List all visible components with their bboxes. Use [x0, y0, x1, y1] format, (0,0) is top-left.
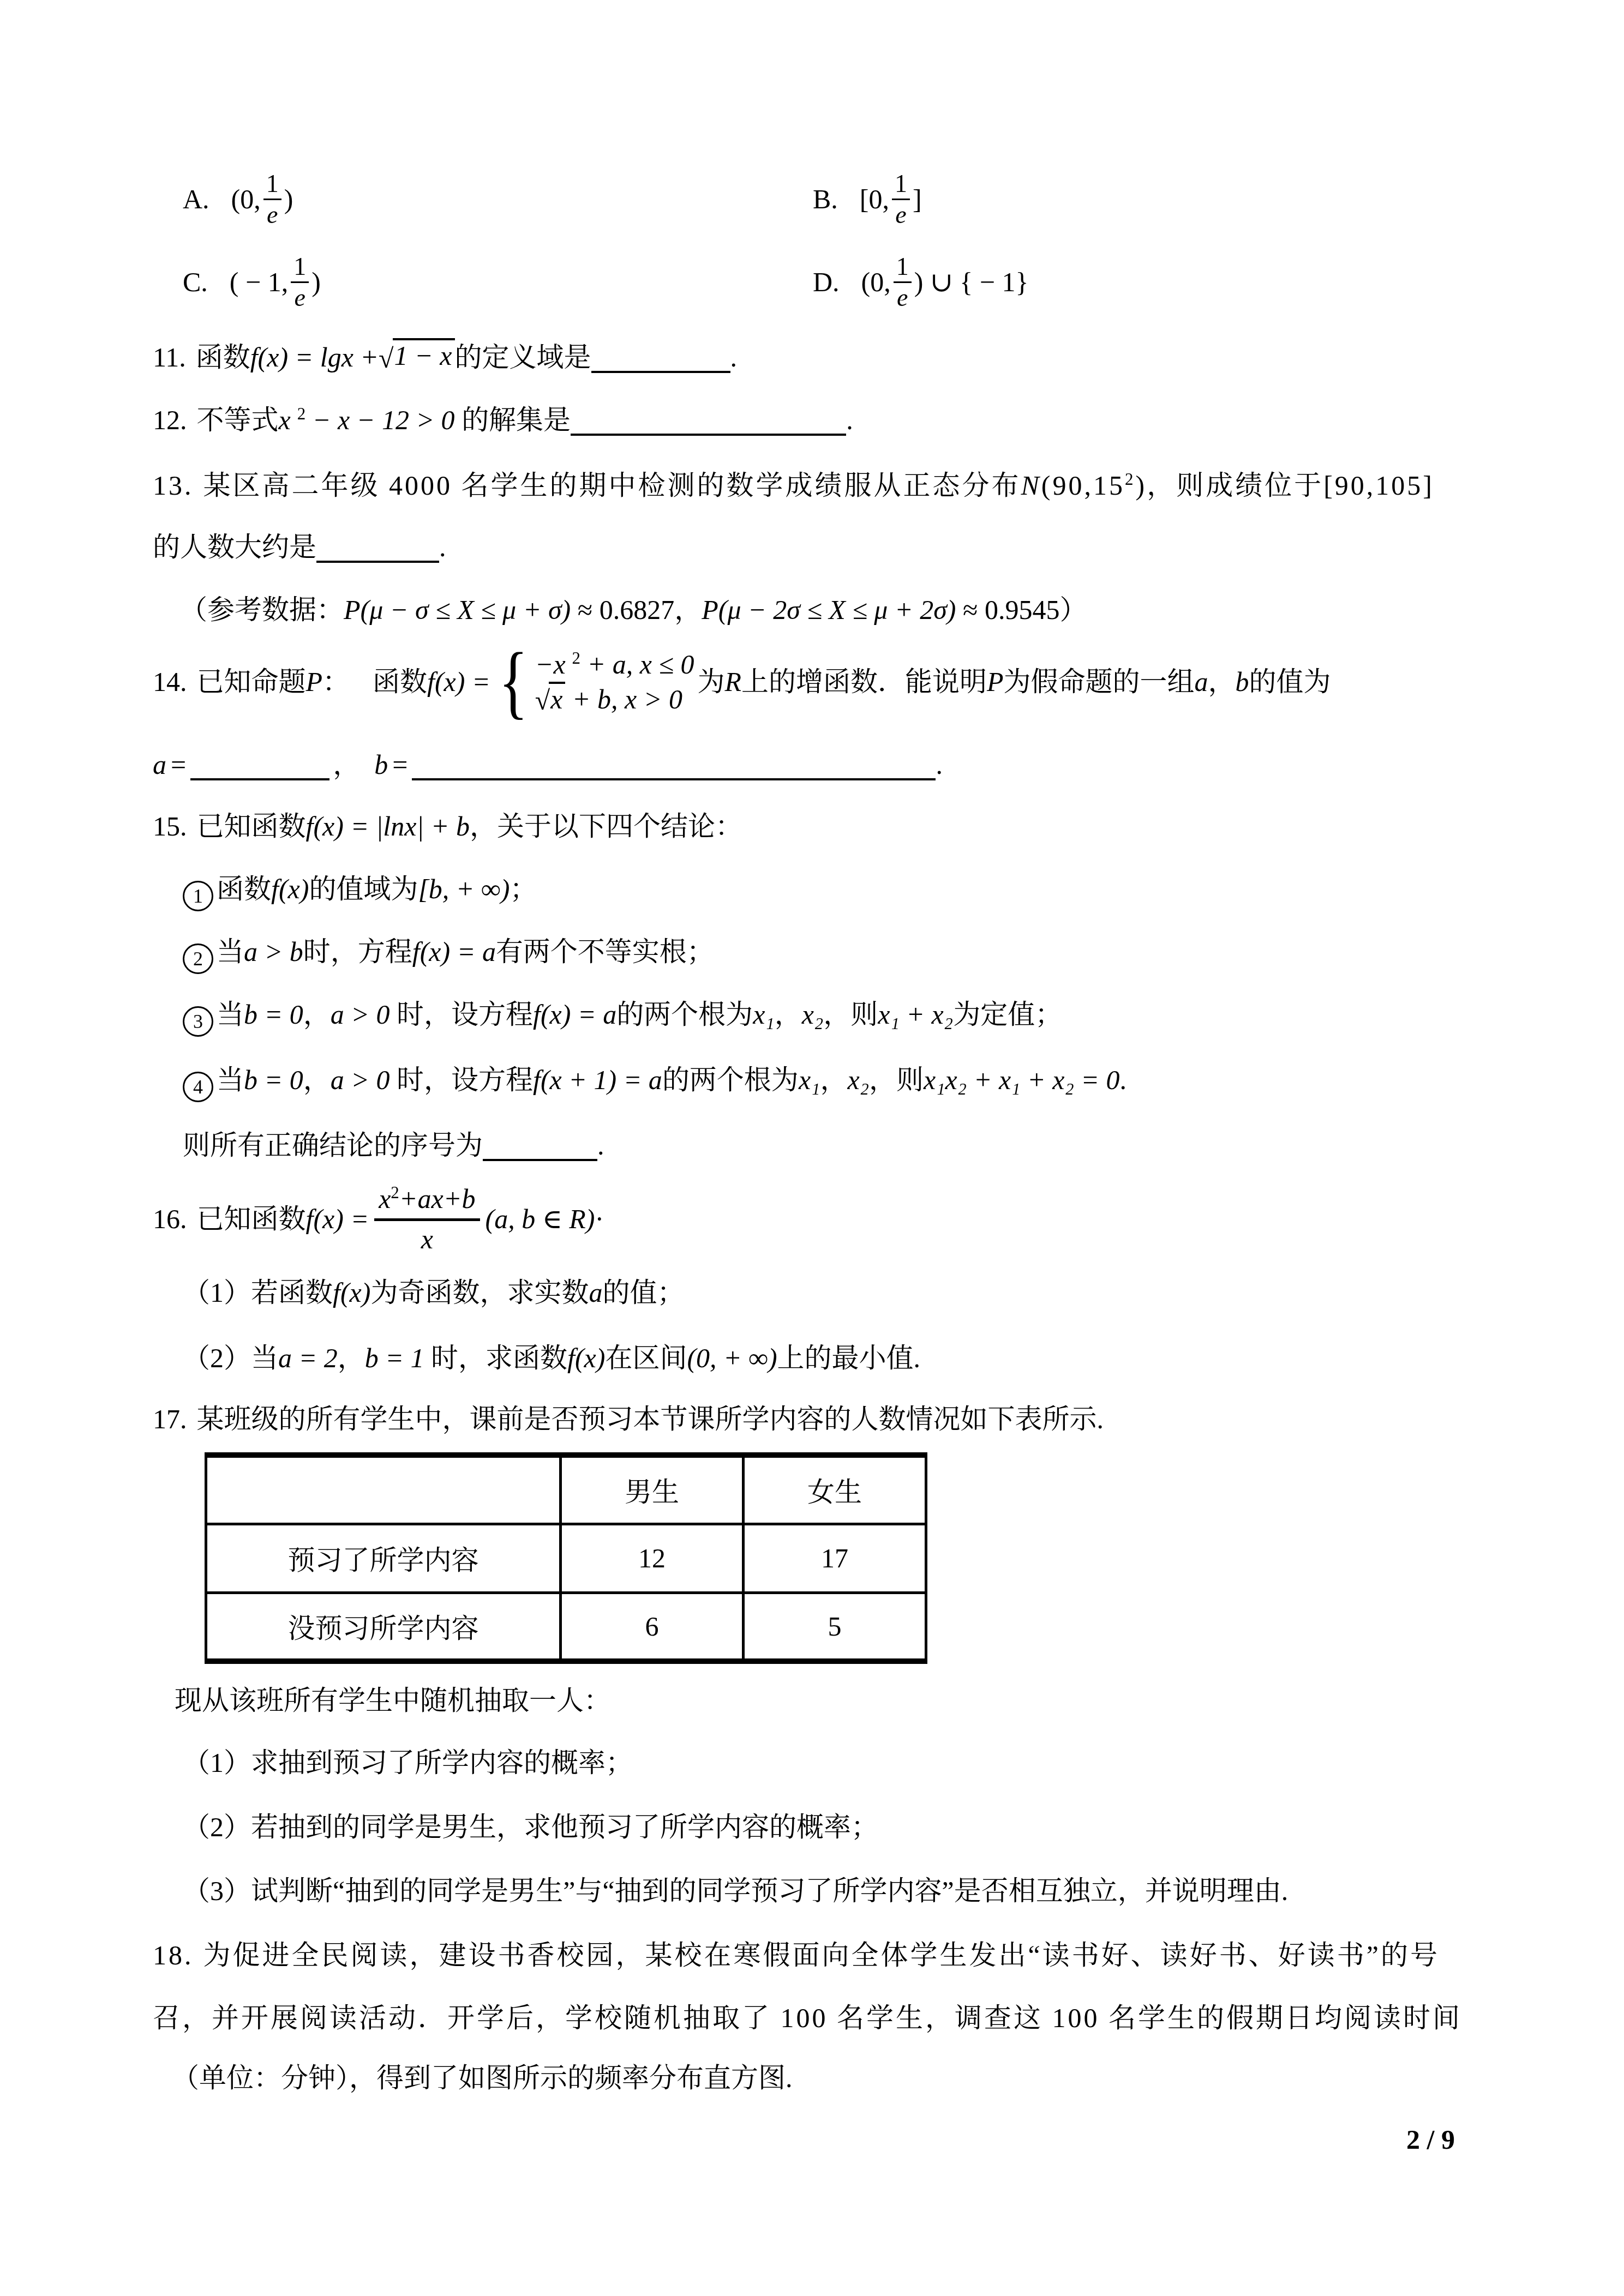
- math-segment: ): [284, 180, 293, 218]
- question-16-part-1: （1）若函数f(x)为奇函数，求实数a的值；: [183, 1273, 684, 1312]
- text-segment: 为定值；: [953, 999, 1062, 1030]
- math-segment: + a, x ≤ 0: [580, 649, 694, 680]
- math-segment: f(x) =: [306, 1200, 369, 1238]
- math-segment: (a, b ∈ R): [486, 1200, 595, 1238]
- table-header-row: 男生 女生: [206, 1455, 926, 1524]
- text-segment: ·: [595, 1200, 604, 1238]
- text-segment: 召，并开展阅读活动．开学后，学校随机抽取了 100 名学生，调查这 100 名学…: [153, 2003, 1462, 2033]
- superscript: 2: [297, 404, 306, 423]
- question-17-part-3: （3）试判断“抽到的同学是男生”与“抽到的同学预习了所学内容”是否相互独立，并说…: [183, 1872, 1288, 1910]
- text-segment: 函数: [217, 874, 271, 904]
- radicand: x: [549, 682, 565, 714]
- math-segment: (90,15: [1041, 470, 1125, 501]
- table-row: 没预习所学内容 6 5: [206, 1592, 926, 1661]
- question-11: 11.函数f(x) = lgx +√1 − x的定义域是.: [153, 338, 737, 376]
- question-number: 14.: [153, 663, 187, 701]
- text-segment: （单位：分钟），得到了如图所示的频率分布直方图.: [172, 2063, 793, 2093]
- option-b: B.[0,1e]: [813, 153, 922, 245]
- option-label: B.: [813, 180, 838, 218]
- page-number: 2 / 9: [1406, 2120, 1455, 2159]
- math-segment: ( − 1,: [230, 263, 288, 301]
- table-header-cell: 女生: [744, 1455, 926, 1524]
- text-segment: 上的最小值.: [777, 1343, 921, 1373]
- text-segment: ，: [303, 999, 331, 1030]
- math-segment: − x − 12 > 0: [305, 405, 454, 435]
- fraction-numerator: 1: [892, 171, 910, 200]
- question-17-part-2: （2）若抽到的同学是男生，求他预习了所学内容的概率；: [183, 1808, 878, 1846]
- text-segment: ，: [333, 749, 360, 780]
- math-segment: f(x) = lgx +: [250, 342, 379, 372]
- question-18-line-2: 召，并开展阅读活动．开学后，学校随机抽取了 100 名学生，调查这 100 名学…: [153, 1999, 1462, 2037]
- text-segment: .: [846, 405, 853, 435]
- cases-brace: {: [499, 641, 528, 723]
- math-segment: x: [379, 1183, 391, 1214]
- text-segment: 为: [697, 663, 724, 701]
- math-segment: ): [1136, 470, 1147, 501]
- text-segment: .: [439, 532, 446, 562]
- text-segment: ，则: [869, 1065, 924, 1095]
- option-label: A.: [183, 180, 209, 218]
- cases-rows: −x2 + a, x ≤ 0√x + b, x > 0: [535, 647, 694, 717]
- text-segment: 为促进全民阅读，建设书香校园，某校在寒假面向全体学生发出“读书好、读好书、好读书…: [203, 1940, 1440, 1970]
- question-14: 14.已知命题P：函数f(x) ={−x2 + a, x ≤ 0√x + b, …: [153, 616, 1331, 747]
- question-15-conclusion-4: 4当b = 0，a > 0 时，设方程f(x + 1) = a的两个根为x₁，x…: [183, 1061, 1126, 1102]
- radical-sign: √: [379, 339, 393, 377]
- text-segment: 的值为: [1249, 663, 1331, 701]
- question-12: 12.不等式x2 − x − 12 > 0 的解集是.: [153, 401, 853, 439]
- question-number: 12.: [153, 405, 187, 435]
- fraction: 1e: [263, 171, 281, 228]
- text-segment: 的值；: [602, 1277, 684, 1308]
- question-13-line-2: 的人数大约是.: [153, 528, 446, 566]
- math-segment: [b, + ∞): [418, 874, 510, 904]
- text-segment: 的两个根为: [616, 999, 753, 1030]
- option-label: D.: [813, 263, 840, 301]
- fraction: 1e: [894, 254, 912, 311]
- math-segment: =: [171, 749, 186, 780]
- math-segment: N: [1021, 470, 1041, 501]
- math-segment: P: [987, 663, 1004, 701]
- question-17-part-1: （1）求抽到预习了所学内容的概率；: [183, 1744, 633, 1782]
- text-segment: 为奇函数，求实数: [370, 1277, 589, 1308]
- math-segment: f(x + 1) = a: [533, 1065, 662, 1095]
- math-segment: b = 0: [244, 1065, 303, 1095]
- text-segment: .: [1120, 1065, 1127, 1095]
- math-segment: R: [724, 663, 741, 701]
- math-segment: a = 2: [278, 1343, 338, 1373]
- math-segment: f(x): [567, 1343, 605, 1373]
- question-15: 15.已知函数f(x) = |lnx| + b，关于以下四个结论：: [153, 807, 742, 845]
- piecewise-cases: {−x2 + a, x ≤ 0√x + b, x > 0: [494, 641, 694, 723]
- math-segment: a > b: [244, 936, 303, 967]
- answer-blank: [316, 555, 439, 563]
- answer-blank: [571, 428, 846, 436]
- question-18-line-3: （单位：分钟），得到了如图所示的频率分布直方图.: [172, 2059, 793, 2097]
- text-segment: 当: [217, 999, 244, 1030]
- text-segment: （1）若函数: [183, 1277, 333, 1308]
- math-segment: f(x): [271, 874, 309, 904]
- fraction-numerator: 1: [263, 171, 281, 200]
- math-segment: x₁: [799, 1065, 820, 1095]
- text-segment: 则所有正确结论的序号为: [183, 1130, 483, 1161]
- table-cell: 没预习所学内容: [206, 1592, 561, 1661]
- text-segment: 时，求函数: [424, 1343, 568, 1373]
- math-segment: =: [392, 749, 408, 780]
- radical-sign: √: [535, 683, 550, 718]
- math-segment: (0,: [861, 263, 891, 301]
- fraction-numerator: 1: [291, 254, 309, 283]
- question-15-conclusion-1: 1函数f(x)的值域为[b, + ∞)；: [183, 870, 537, 911]
- text-segment: 已知函数: [197, 1200, 306, 1238]
- option-a: A.(0,1e): [183, 153, 293, 245]
- text-segment: 在区间: [605, 1343, 687, 1373]
- fraction-denominator: e: [897, 283, 908, 311]
- text-segment: ，: [303, 1065, 331, 1095]
- math-segment: (0, + ∞): [687, 1343, 777, 1373]
- math-segment: ): [311, 263, 321, 301]
- text-segment: 函数: [196, 342, 250, 372]
- circled-number: 4: [183, 1072, 213, 1102]
- text-segment: ：: [322, 663, 350, 701]
- math-segment: ) ∪ { − 1}: [914, 263, 1029, 301]
- table-header-cell: 男生: [561, 1455, 744, 1524]
- fraction: 1e: [291, 254, 309, 311]
- table-row: 预习了所学内容 12 17: [206, 1524, 926, 1592]
- question-number: 11.: [153, 342, 186, 372]
- math-segment: x₁: [753, 999, 775, 1030]
- math-segment: f(x) = a: [533, 999, 616, 1030]
- text-segment: 时，设方程: [390, 999, 534, 1030]
- question-number: 17.: [153, 1404, 187, 1434]
- text-segment: ，则: [823, 999, 878, 1030]
- question-13-line-1: 13.某区高二年级 4000 名学生的期中检测的数学成绩服从正态分布N(90,1…: [153, 466, 1434, 504]
- table-header-cell: [206, 1455, 561, 1524]
- fraction-denominator: e: [295, 283, 305, 311]
- text-segment: 为假命题的一组: [1004, 663, 1195, 701]
- math-segment: ]: [913, 180, 922, 218]
- table-cell: 17: [744, 1524, 926, 1592]
- math-segment: x: [279, 405, 291, 435]
- exam-page: A.(0,1e) B.[0,1e] C.( − 1,1e) D.(0,1e) ∪…: [0, 0, 1624, 2296]
- math-segment: a: [1195, 663, 1208, 701]
- question-number: 13.: [153, 470, 194, 501]
- radicand: 1 − x: [393, 338, 455, 371]
- text-segment: ，: [1208, 663, 1236, 701]
- math-segment: a: [589, 1277, 602, 1308]
- math-segment: a: [153, 749, 166, 780]
- sqrt: √1 − x: [379, 338, 454, 376]
- text-segment: 的定义域是: [455, 342, 591, 372]
- text-segment: .: [597, 1130, 604, 1161]
- math-segment: P: [306, 663, 323, 701]
- circled-number: 2: [183, 943, 213, 974]
- text-segment: 的人数大约是: [153, 532, 316, 562]
- fraction: 1e: [892, 171, 910, 228]
- text-segment: （1）求抽到预习了所学内容的概率；: [183, 1747, 633, 1778]
- text-segment: 不等式: [197, 405, 279, 435]
- question-17: 17.某班级的所有学生中，课前是否预习本节课所学内容的人数情况如下表所示.: [153, 1400, 1104, 1438]
- text-segment: 的解集是: [455, 405, 571, 435]
- math-segment: a > 0: [331, 1065, 390, 1095]
- math-segment: x₁ + x₂: [878, 999, 953, 1030]
- question-18-line-1: 18.为促进全民阅读，建设书香校园，某校在寒假面向全体学生发出“读书好、读好书、…: [153, 1936, 1440, 1974]
- text-segment: .: [936, 749, 943, 780]
- question-15-conclusion-2: 2当a > b时，方程f(x) = a有两个不等实根；: [183, 933, 714, 974]
- text-segment: ，: [338, 1343, 365, 1373]
- math-segment: b = 0: [244, 999, 303, 1030]
- question-14-answer-line: a=，b=.: [153, 746, 943, 784]
- math-segment: [0,: [860, 180, 889, 218]
- fraction-numerator: x2+ax+b: [374, 1183, 480, 1221]
- math-segment: b: [1236, 663, 1249, 701]
- text-segment: 现从该班所有学生中随机抽取一人：: [175, 1685, 611, 1716]
- math-segment: (0,: [231, 180, 261, 218]
- text-segment: .: [730, 342, 738, 372]
- math-segment: f(x) =: [427, 663, 490, 701]
- math-segment: +ax+b: [399, 1183, 476, 1214]
- text-segment: （2）若抽到的同学是男生，求他预习了所学内容的概率；: [183, 1812, 878, 1842]
- math-segment: a > 0: [331, 999, 390, 1030]
- text-segment: 已知函数: [197, 811, 306, 842]
- text-segment: 当: [217, 936, 244, 967]
- answer-blank: [190, 773, 329, 780]
- text-segment: （3）试判断“抽到的同学是男生”与“抽到的同学预习了所学内容”是否相互独立，并说…: [183, 1876, 1288, 1906]
- math-segment: −x: [535, 649, 566, 680]
- circled-number: 1: [183, 881, 213, 911]
- case-row: √x + b, x > 0: [535, 682, 694, 717]
- math-segment: x₁x₂ + x₁ + x₂ = 0: [924, 1065, 1120, 1095]
- text-segment: 已知命题: [197, 663, 306, 701]
- circled-number: 3: [183, 1006, 213, 1037]
- math-segment: x₂: [847, 1065, 869, 1095]
- option-c: C.( − 1,1e): [183, 236, 321, 328]
- option-label: C.: [183, 263, 208, 301]
- math-segment: x₂: [802, 999, 824, 1030]
- question-16-part-2: （2）当a = 2，b = 1 时，求函数f(x)在区间(0, + ∞)上的最小…: [183, 1339, 920, 1377]
- fraction-denominator: e: [267, 200, 278, 228]
- math-segment: f(x): [333, 1277, 370, 1308]
- table-cell: 5: [744, 1592, 926, 1661]
- question-17-table: 男生 女生 预习了所学内容 12 17 没预习所学内容 6 5: [205, 1452, 927, 1664]
- text-segment: ，: [775, 999, 802, 1030]
- text-segment: 有两个不等实根；: [496, 936, 714, 967]
- text-segment: 时，设方程: [390, 1065, 534, 1095]
- math-segment: b: [374, 749, 388, 780]
- text-segment: 上的增函数．能说明: [741, 663, 987, 701]
- question-17-intro: 现从该班所有学生中随机抽取一人：: [175, 1681, 611, 1720]
- text-segment: （2）当: [183, 1343, 278, 1373]
- question-15-conclusion-answer: 则所有正确结论的序号为.: [183, 1126, 604, 1164]
- answer-blank: [591, 365, 730, 373]
- superscript: 2: [1125, 470, 1136, 489]
- option-d: D.(0,1e) ∪ { − 1}: [813, 236, 1029, 328]
- case-row: −x2 + a, x ≤ 0: [535, 647, 694, 682]
- text-segment: ，: [820, 1065, 847, 1095]
- superscript: 2: [391, 1183, 399, 1202]
- question-number: 18.: [153, 1940, 194, 1970]
- fraction-denominator: x: [421, 1221, 433, 1255]
- text-segment: 当: [217, 1065, 244, 1095]
- text-segment: 的值域为: [309, 874, 418, 904]
- math-segment: b = 1: [365, 1343, 424, 1373]
- text-segment: ，关于以下四个结论：: [470, 811, 742, 842]
- math-segment: + b, x > 0: [565, 684, 682, 714]
- text-segment: 某班级的所有学生中，课前是否预习本节课所学内容的人数情况如下表所示.: [197, 1404, 1104, 1434]
- sqrt: √x: [535, 682, 566, 717]
- text-segment: 时，方程: [303, 936, 412, 967]
- question-number: 15.: [153, 811, 187, 842]
- superscript: 2: [572, 648, 581, 668]
- table-cell: 12: [561, 1524, 744, 1592]
- fraction-numerator: 1: [894, 254, 912, 283]
- question-16: 16.已知函数f(x) =x2+ax+bx(a, b ∈ R)·: [153, 1170, 604, 1268]
- text-segment: 的两个根为: [662, 1065, 799, 1095]
- table-cell: 6: [561, 1592, 744, 1661]
- text-segment: ；: [510, 874, 537, 904]
- text-segment: 函数: [373, 663, 427, 701]
- math-segment: f(x) = a: [412, 936, 496, 967]
- fraction-denominator: e: [895, 200, 906, 228]
- answer-blank: [412, 773, 936, 780]
- fraction: x2+ax+bx: [374, 1183, 480, 1255]
- question-15-conclusion-3: 3当b = 0，a > 0 时，设方程f(x) = a的两个根为x₁，x₂，则x…: [183, 995, 1062, 1037]
- table-cell: 预习了所学内容: [206, 1524, 561, 1592]
- math-segment: f(x) = |lnx| + b: [306, 811, 470, 842]
- text-segment: 某区高二年级 4000 名学生的期中检测的数学成绩服从正态分布: [203, 470, 1021, 501]
- text-segment: ，则成绩位于[90,105]: [1147, 470, 1434, 501]
- question-number: 16.: [153, 1200, 187, 1238]
- answer-blank: [483, 1153, 597, 1161]
